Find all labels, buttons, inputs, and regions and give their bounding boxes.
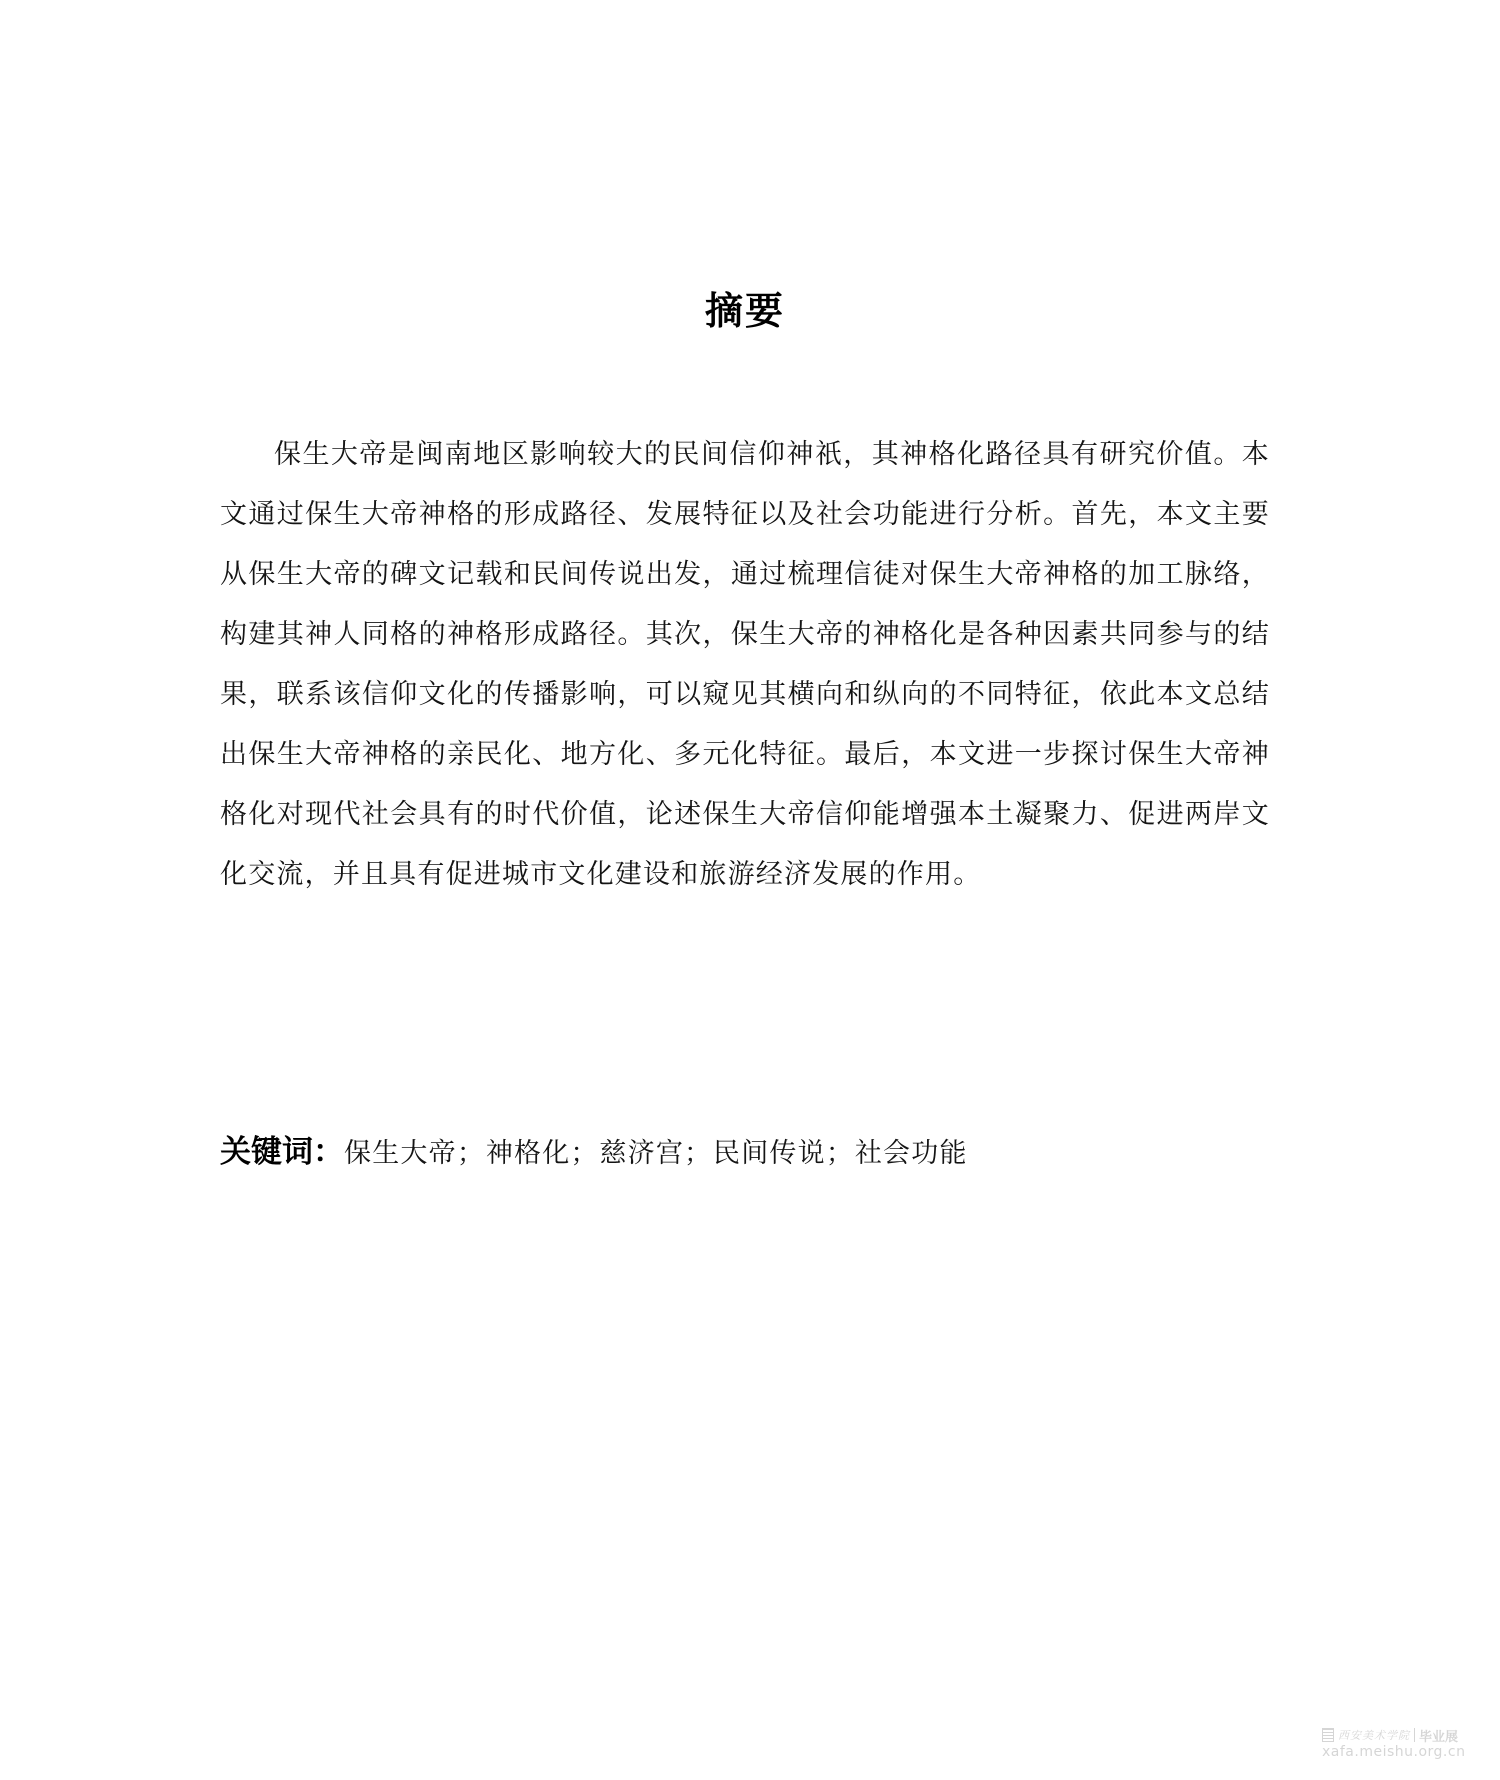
keyword-separator: ； bbox=[826, 1138, 853, 1169]
abstract-paragraph: 保生大帝是闽南地区影响较大的民间信仰神祇，其神格化路径具有研究价值。本文通过保生… bbox=[220, 425, 1270, 905]
keyword-separator: ； bbox=[457, 1138, 484, 1169]
keyword-item: 慈济宫 bbox=[599, 1138, 684, 1169]
keyword-separator: ； bbox=[684, 1138, 711, 1169]
watermark-url: xafa.meishu.org.cn bbox=[1322, 1744, 1472, 1760]
keyword-item: 社会功能 bbox=[855, 1138, 968, 1169]
page-title: 摘要 bbox=[0, 286, 1490, 336]
watermark-exhibit: 毕业展 bbox=[1419, 1726, 1458, 1745]
keyword-item: 保生大帝 bbox=[344, 1138, 457, 1169]
keywords-line: 关键词：保生大帝；神格化；慈济宫；民间传说；社会功能 bbox=[220, 1122, 1270, 1184]
document-page: 摘要 保生大帝是闽南地区影响较大的民间信仰神祇，其神格化路径具有研究价值。本文通… bbox=[0, 0, 1500, 1780]
watermark-header: 西安美术学院 毕业展 bbox=[1322, 1726, 1472, 1744]
keyword-item: 民间传说 bbox=[713, 1138, 826, 1169]
keyword-separator: ； bbox=[570, 1138, 597, 1169]
book-logo-icon bbox=[1322, 1728, 1334, 1742]
keywords-label: 关键词： bbox=[220, 1134, 344, 1170]
watermark-divider bbox=[1414, 1728, 1415, 1742]
keyword-item: 神格化 bbox=[486, 1138, 571, 1169]
watermark-school: 西安美术学院 bbox=[1338, 1727, 1410, 1743]
watermark: 西安美术学院 毕业展 xafa.meishu.org.cn bbox=[1322, 1726, 1472, 1760]
